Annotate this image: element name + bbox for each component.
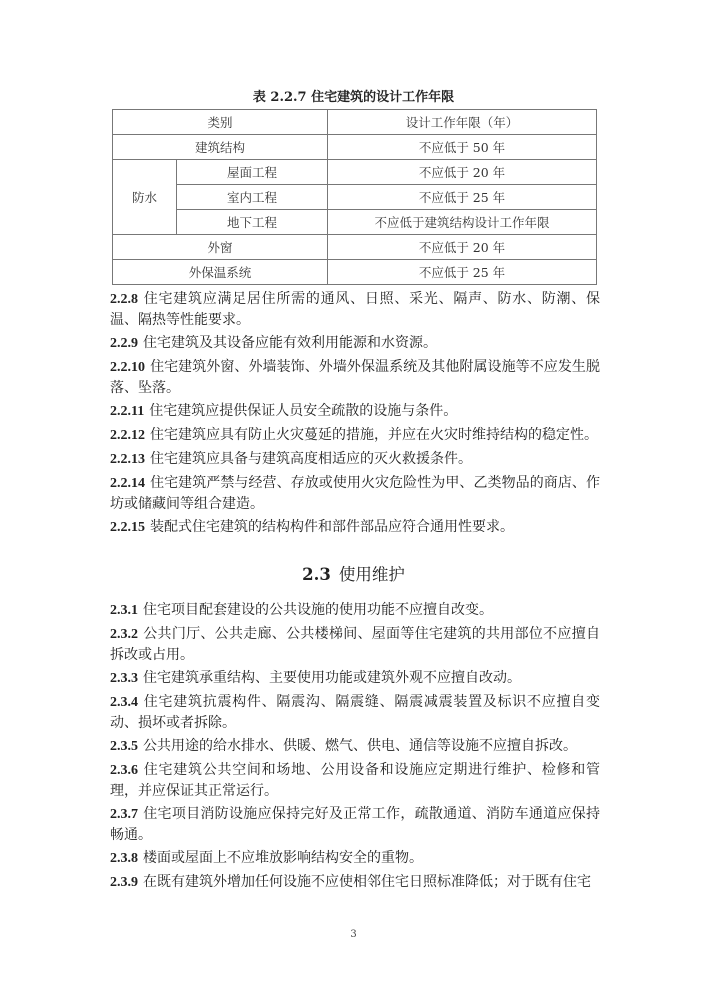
section-title: 使用维护 [339,565,405,584]
clause-2-3-3: 2.3.3住宅建筑承重结构、主要使用功能或建筑外观不应擅自改动。 [110,668,600,689]
clause-2-2-13: 2.2.13住宅建筑应具备与建筑高度相适应的灭火救援条件。 [110,449,600,470]
section-number: 2.3 [302,565,331,584]
header-years: 设计工作年限（年） [328,110,597,135]
design-life-table: 类别 设计工作年限（年） 建筑结构 不应低于 50 年 防水 屋面工程 不应低于… [112,109,597,285]
clause-2-2-15: 2.2.15装配式住宅建筑的结构构件和部件部品应符合通用性要求。 [110,517,600,538]
clause-2-2-14: 2.2.14住宅建筑严禁与经营、存放或使用火灾危险性为甲、乙类物品的商店、作坊或… [110,473,600,514]
table-row: 室内工程 不应低于 25 年 [113,185,597,210]
clause-2-3-7: 2.3.7住宅项目消防设施应保持完好及正常工作，疏散通道、消防车通道应保持畅通。 [110,804,600,845]
section-heading: 2.3使用维护 [0,561,707,585]
row-years: 不应低于 50 年 [328,135,597,160]
row-subcategory: 地下工程 [177,210,328,235]
row-category: 外窗 [113,235,328,260]
row-years: 不应低于 25 年 [328,185,597,210]
clause-2-2-12: 2.2.12住宅建筑应具有防止火灾蔓延的措施，并应在火灾时维持结构的稳定性。 [110,425,600,446]
clause-2-2-11: 2.2.11住宅建筑应提供保证人员安全疏散的设施与条件。 [110,401,600,422]
clause-2-2-9: 2.2.9住宅建筑及其设备应能有效利用能源和水资源。 [110,333,600,354]
header-category: 类别 [113,110,328,135]
row-subcategory: 室内工程 [177,185,328,210]
clause-2-3-5: 2.3.5公共用途的给水排水、供暖、燃气、供电、通信等设施不应擅自拆改。 [110,736,600,757]
table-row: 地下工程 不应低于建筑结构设计工作年限 [113,210,597,235]
page-number: 3 [0,929,707,940]
row-years: 不应低于 25 年 [328,260,597,285]
table-header-row: 类别 设计工作年限（年） [113,110,597,135]
clause-2-3-1: 2.3.1住宅项目配套建设的公共设施的使用功能不应擅自改变。 [110,600,600,621]
clause-2-2-10: 2.2.10住宅建筑外窗、外墙装饰、外墙外保温系统及其他附属设施等不应发生脱落、… [110,357,600,398]
document-page: 表 2.2.7 住宅建筑的设计工作年限 类别 设计工作年限（年） 建筑结构 不应… [0,0,707,1000]
row-category: 建筑结构 [113,135,328,160]
clause-2-3-2: 2.3.2公共门厅、公共走廊、公共楼梯间、屋面等住宅建筑的共用部位不应擅自拆改或… [110,624,600,665]
row-subcategory: 屋面工程 [177,160,328,185]
clauses-2-2: 2.2.8住宅建筑应满足居住所需的通风、日照、采光、隔声、防水、防潮、保温、隔热… [110,289,600,538]
row-years: 不应低于建筑结构设计工作年限 [328,210,597,235]
clause-2-3-9: 2.3.9在既有建筑外增加任何设施不应使相邻住宅日照标准降低；对于既有住宅 [110,872,600,893]
row-years: 不应低于 20 年 [328,160,597,185]
clause-2-2-8: 2.2.8住宅建筑应满足居住所需的通风、日照、采光、隔声、防水、防潮、保温、隔热… [110,289,600,330]
table-row: 建筑结构 不应低于 50 年 [113,135,597,160]
table-row: 外保温系统 不应低于 25 年 [113,260,597,285]
row-category: 外保温系统 [113,260,328,285]
clause-2-3-8: 2.3.8楼面或屋面上不应堆放影响结构安全的重物。 [110,848,600,869]
clause-2-3-6: 2.3.6住宅建筑公共空间和场地、公用设备和设施应定期进行维护、检修和管理，并应… [110,760,600,801]
table-caption: 表 2.2.7 住宅建筑的设计工作年限 [0,86,707,105]
clauses-2-3: 2.3.1住宅项目配套建设的公共设施的使用功能不应擅自改变。 2.3.2公共门厅… [110,600,600,893]
row-years: 不应低于 20 年 [328,235,597,260]
table-row: 防水 屋面工程 不应低于 20 年 [113,160,597,185]
table-row: 外窗 不应低于 20 年 [113,235,597,260]
row-group-waterproofing: 防水 [113,160,177,235]
clause-2-3-4: 2.3.4住宅建筑抗震构件、隔震沟、隔震缝、隔震减震装置及标识不应擅自变动、损坏… [110,692,600,733]
